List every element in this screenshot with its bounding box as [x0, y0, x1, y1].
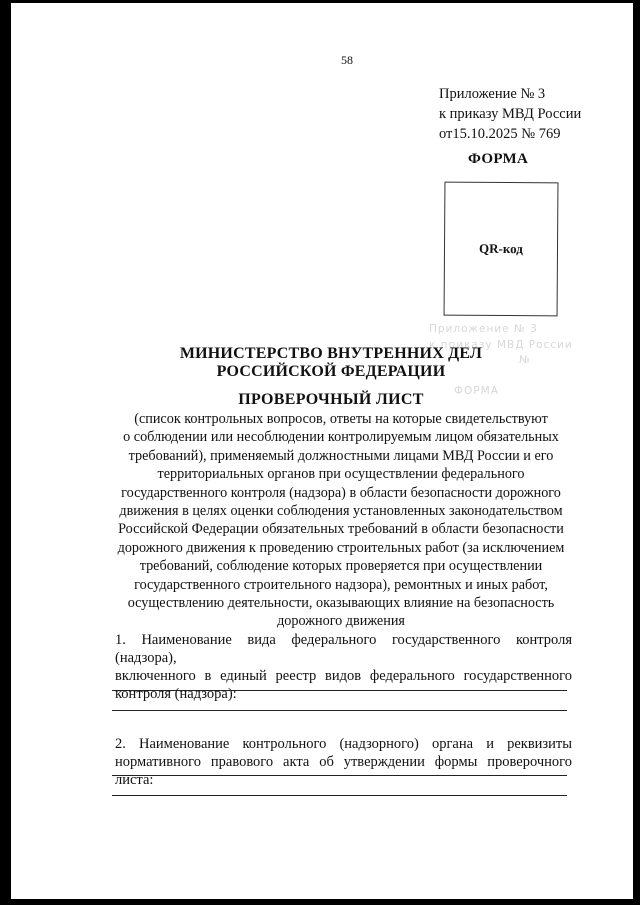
description-line: требований, соблюдение которых проверяет… — [113, 557, 569, 575]
section-2-line: 2. Наименование контрольного (надзорного… — [115, 735, 572, 753]
page-number: 58 — [341, 53, 353, 68]
ministry-heading: МИНИСТЕРСТВО ВНУТРЕННИХ ДЕЛ РОССИЙСКОЙ Ф… — [106, 345, 556, 381]
description-line: (список контрольных вопросов, ответы на … — [113, 410, 569, 428]
description-line: государственного строительного надзора),… — [113, 576, 569, 594]
section-2-fill-line[interactable] — [112, 795, 567, 796]
section-1-fill-line[interactable] — [112, 710, 567, 711]
appendix-reference: Приложение № 3 к приказу МВД России от15… — [439, 84, 581, 144]
description-line: движения в целях оценки соблюдения устан… — [113, 502, 569, 520]
description-line: осуществлению деятельности, оказывающих … — [113, 594, 569, 612]
description-line: дорожного движения — [113, 612, 569, 630]
document-description: (список контрольных вопросов, ответы на … — [113, 410, 569, 631]
bleed-through-text: Приложение № 3 — [429, 323, 538, 335]
section-1-fill-line[interactable] — [112, 690, 567, 691]
qr-code-label: QR-код — [479, 241, 523, 257]
section-1: 1. Наименование вида федерального госуда… — [115, 631, 572, 703]
description-line: Российской Федерации обязательных требов… — [113, 520, 569, 538]
description-line: территориальных органов при осуществлени… — [113, 465, 569, 483]
qr-code-placeholder: QR-код — [444, 182, 559, 317]
appendix-line: Приложение № 3 — [439, 84, 581, 104]
description-line: требований), применяемый должностными ли… — [113, 447, 569, 465]
description-line: о соблюдении или несоблюдении контролиру… — [113, 428, 569, 446]
document-title: ПРОВЕРОЧНЫЙ ЛИСТ — [106, 391, 556, 409]
section-2-fill-line[interactable] — [112, 775, 567, 776]
section-2-line: нормативного правового акта об утвержден… — [115, 753, 572, 789]
ministry-line: МИНИСТЕРСТВО ВНУТРЕННИХ ДЕЛ — [106, 345, 556, 363]
section-1-line: 1. Наименование вида федерального госуда… — [115, 631, 572, 667]
document-page: Приложение № 3 к приказу МВД России № ФО… — [11, 3, 633, 899]
ministry-line: РОССИЙСКОЙ ФЕДЕРАЦИИ — [106, 363, 556, 381]
description-line: государственного контроля (надзора) в об… — [113, 484, 569, 502]
description-line: дорожного движения к проведению строител… — [113, 539, 569, 557]
form-label: ФОРМА — [468, 151, 528, 168]
section-1-line: включенного в единый реестр видов федера… — [115, 667, 572, 685]
section-1-line: контроля (надзора): — [115, 685, 572, 703]
section-2: 2. Наименование контрольного (надзорного… — [115, 735, 572, 789]
order-date-number: от15.10.2025 № 769 — [439, 124, 581, 144]
order-line: к приказу МВД России — [439, 104, 581, 124]
